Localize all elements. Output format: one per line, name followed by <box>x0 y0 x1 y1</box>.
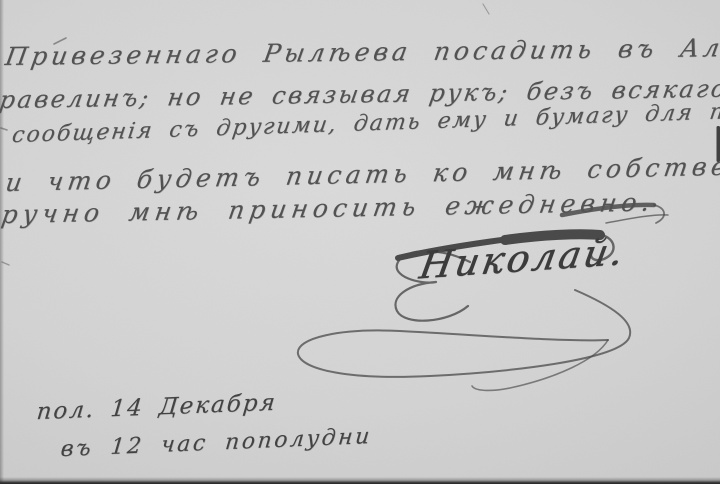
signature-under-loop <box>298 290 630 377</box>
signature-tail <box>472 340 608 390</box>
speck-top-right <box>483 4 489 14</box>
signature-nicholas: Николай. <box>416 230 629 288</box>
docket-time-line: въ 12 час пополудни <box>60 424 373 462</box>
manuscript-photo: Привезеннаго Рылѣева посадить въ Алексѣе… <box>0 0 720 484</box>
speck-left-edge-1 <box>1 128 7 130</box>
manuscript-line-1: Привезеннаго Рылѣева посадить въ Алексѣе… <box>3 32 720 71</box>
docket-date-line: пол. 14 Декабря <box>35 390 278 425</box>
speck-left-edge-2 <box>2 262 9 265</box>
end-underline-curl <box>654 205 664 223</box>
